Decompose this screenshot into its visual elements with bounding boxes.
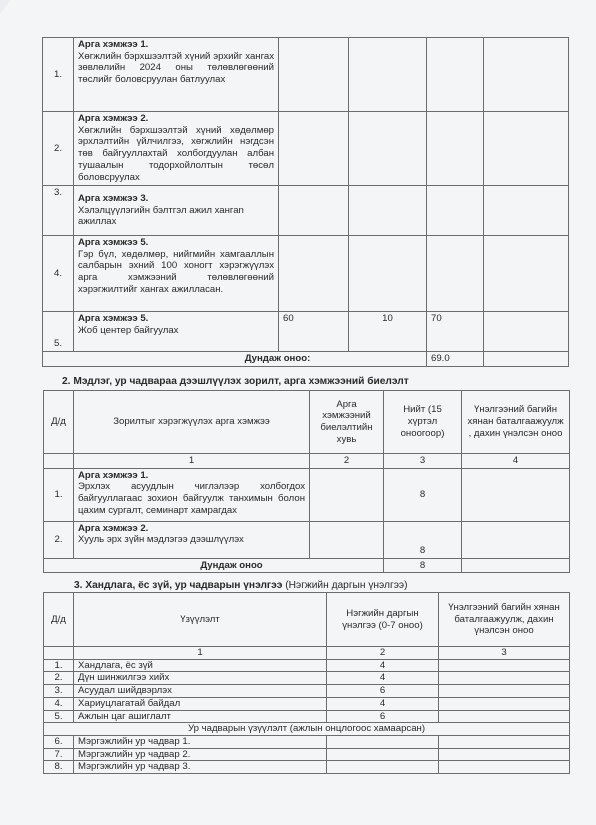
row-number: 2. — [44, 521, 74, 558]
cell — [310, 521, 384, 558]
activity-title: Арга хэмжээ 2. — [78, 113, 148, 124]
cell — [484, 312, 569, 352]
activity-text: Хөгжлийн бэрхшээлтэй хүний хөдөлмөр эрхл… — [78, 125, 274, 183]
activity-title: Арга хэмжээ 1. — [78, 39, 148, 50]
activity-title: Арга хэмжээ 5. — [78, 313, 148, 324]
header-row: Д/д Зорилтыг хэрэгжүүлэх арга хэмжээ Арг… — [44, 391, 570, 454]
cell — [279, 112, 349, 186]
score: 4 — [327, 697, 439, 710]
col-number: 1 — [74, 647, 327, 660]
score: 6 — [327, 710, 439, 723]
cell — [462, 521, 570, 558]
cell — [427, 112, 484, 186]
cell — [427, 236, 484, 312]
header-row: Д/д Үзүүлэлт Нэгжийн даргын үнэлгээ (0-7… — [44, 593, 570, 647]
cell — [310, 468, 384, 521]
average-label: Дундаж оноо — [44, 558, 384, 573]
col-number: 1 — [74, 454, 310, 469]
col-header: Нэгжийн даргын үнэлгээ (0-7 оноо) — [327, 593, 439, 647]
page-corner-fold — [0, 0, 45, 36]
cell — [439, 735, 570, 748]
table-row: 1. Арга хэмжээ 1.Эрхлэх асуудлын чиглэлэ… — [44, 468, 570, 521]
score: 4 — [327, 672, 439, 685]
attitude-table: Д/д Үзүүлэлт Нэгжийн даргын үнэлгээ (0-7… — [43, 592, 570, 774]
section-3-title: 3. Хандлага, ёс зүй, ур чадварын үнэлгээ… — [74, 580, 407, 592]
cell — [349, 38, 427, 112]
table-row: 1.Хандлага, ёс зүй4 — [44, 659, 570, 672]
average-value: 8 — [384, 558, 462, 573]
activity-text: Гэр бүл, хөдөлмөр, нийгмийн хамгааллын с… — [78, 249, 274, 295]
table-row: 8.Мэргэжлийн ур чадвар 3. — [44, 761, 570, 774]
cell — [349, 112, 427, 186]
table-row: 4. Арга хэмжээ 5.Гэр бүл, хөдөлмөр, нийг… — [43, 236, 569, 312]
row-number: 7. — [44, 748, 74, 761]
activity-cell: Арга хэмжээ 5.Гэр бүл, хөдөлмөр, нийгмий… — [74, 236, 279, 312]
col-header: Зорилтыг хэрэгжүүлэх арга хэмжээ — [74, 391, 310, 454]
cell — [44, 454, 74, 469]
criterion-label: Дүн шинжилгээ хийх — [74, 672, 327, 685]
average-value: 69.0 — [427, 352, 484, 367]
cell — [484, 38, 569, 112]
cell — [484, 186, 569, 236]
row-number: 8. — [44, 761, 74, 774]
col-number: 3 — [439, 647, 570, 660]
activity-cell: Арга хэмжээ 1.Хөгжлийн бэрхшээлтэй хүний… — [74, 38, 279, 112]
table-row: 2. Арга хэмжээ 2.Хууль эрх зүйн мэдлэгээ… — [44, 521, 570, 558]
col-number: 3 — [384, 454, 462, 469]
activity-text: Хөгжлийн бэрхшээлтэй хүний эрхийг хангах… — [78, 51, 274, 85]
activity-text: Жоб центер байгуулах — [78, 325, 178, 336]
activity-cell: Арга хэмжээ 5.Жоб центер байгуулах — [74, 312, 279, 352]
col-header: Д/д — [44, 391, 74, 454]
col-header: Д/д — [44, 593, 74, 647]
cell — [439, 761, 570, 774]
average-label: Дундаж оноо: — [43, 352, 427, 367]
criterion-label: Асуудал шийдвэрлэх — [74, 685, 327, 698]
cell — [439, 748, 570, 761]
activity-title: Арга хэмжээ 3. — [78, 193, 148, 204]
score — [327, 735, 439, 748]
table-row: 4.Хариуцлагатай байдал4 — [44, 697, 570, 710]
row-number: 4. — [44, 697, 74, 710]
col-header: Үнэлгээний багийн хянан баталгаажуулж, д… — [439, 593, 570, 647]
cell — [484, 236, 569, 312]
criterion-label: Хандлага, ёс зүй — [74, 659, 327, 672]
table-row: 5.Ажлын цаг ашиглалт6 — [44, 710, 570, 723]
criterion-label: Мэргэжлийн ур чадвар 1. — [74, 735, 327, 748]
score — [327, 761, 439, 774]
cell — [439, 697, 570, 710]
cell — [427, 38, 484, 112]
row-number: 1. — [43, 38, 74, 112]
cell — [279, 236, 349, 312]
cell — [462, 558, 570, 573]
activity-text: Хэлэлцүүлэгийн бэлтгэл ажил хангаn ажилл… — [78, 205, 244, 228]
cell — [439, 672, 570, 685]
cell — [279, 186, 349, 236]
table-row: 5. Арга хэмжээ 5.Жоб центер байгуулах 60… — [43, 312, 569, 352]
row-number: 3. — [43, 186, 74, 236]
knowledge-table: Д/д Зорилтыг хэрэгжүүлэх арга хэмжээ Арг… — [43, 390, 570, 573]
col-header: Арга хэмжээний биелэлтийн хувь — [310, 391, 384, 454]
col-header: Үзүүлэлт — [74, 593, 327, 647]
row-number: 2. — [43, 112, 74, 186]
criterion-label: Мэргэжлийн ур чадвар 2. — [74, 748, 327, 761]
cell-value: 60 — [279, 312, 349, 352]
table-row: 2. Арга хэмжээ 2.Хөгжлийн бэрхшээлтэй хү… — [43, 112, 569, 186]
cell — [439, 659, 570, 672]
col-number: 2 — [310, 454, 384, 469]
cell — [427, 186, 484, 236]
score — [327, 748, 439, 761]
cell — [279, 38, 349, 112]
col-header: Үнэлгээний багийн хянан баталгаажуулж , … — [462, 391, 570, 454]
col-header: Нийт (15 хүртэл оноогоор) — [384, 391, 462, 454]
table-row: 7.Мэргэжлийн ур чадвар 2. — [44, 748, 570, 761]
col-number-row: 1 2 3 — [44, 647, 570, 660]
cell — [439, 685, 570, 698]
activity-text: Хууль эрх зүйн мэдлэгээ дээшлүүлэх — [78, 534, 244, 545]
row-number: 5. — [44, 710, 74, 723]
score: 6 — [327, 685, 439, 698]
row-number: 5. — [43, 312, 74, 352]
criterion-label: Ажлын цаг ашиглалт — [74, 710, 327, 723]
activity-title: Арга хэмжээ 2. — [78, 523, 148, 534]
cell — [44, 647, 74, 660]
subheader: Ур чадварын үзүүлэлт (ажлын онцлогоос ха… — [44, 723, 570, 736]
col-number-row: 1 2 3 4 — [44, 454, 570, 469]
table-row: 3.Асуудал шийдвэрлэх6 — [44, 685, 570, 698]
cell — [484, 352, 569, 367]
activity-cell: Арга хэмжээ 2.Хөгжлийн бэрхшээлтэй хүний… — [74, 112, 279, 186]
table-row: 1. Арга хэмжээ 1.Хөгжлийн бэрхшээлтэй хү… — [43, 38, 569, 112]
table-row: 6.Мэргэжлийн ур чадвар 1. — [44, 735, 570, 748]
total-score: 8 — [384, 521, 462, 558]
col-number: 2 — [327, 647, 439, 660]
criterion-label: Хариуцлагатай байдал — [74, 697, 327, 710]
cell — [462, 468, 570, 521]
row-number: 6. — [44, 735, 74, 748]
activity-cell: Арга хэмжээ 2.Хууль эрх зүйн мэдлэгээ дэ… — [74, 521, 310, 558]
col-number: 4 — [462, 454, 570, 469]
score: 4 — [327, 659, 439, 672]
activity-title: Арга хэмжээ 5. — [78, 237, 148, 248]
cell — [349, 236, 427, 312]
subheader-row: Ур чадварын үзүүлэлт (ажлын онцлогоос ха… — [44, 723, 570, 736]
table-row: 2.Дүн шинжилгээ хийх4 — [44, 672, 570, 685]
cell-value: 70 — [427, 312, 484, 352]
criterion-label: Мэргэжлийн ур чадвар 3. — [74, 761, 327, 774]
total-score: 8 — [384, 468, 462, 521]
cell — [349, 186, 427, 236]
row-number: 3. — [44, 685, 74, 698]
activities-table: 1. Арга хэмжээ 1.Хөгжлийн бэрхшээлтэй хү… — [42, 37, 569, 367]
average-row: Дундаж оноо 8 — [44, 558, 570, 573]
cell — [484, 112, 569, 186]
row-number: 1. — [44, 659, 74, 672]
table-row: 3. Арга хэмжээ 3.Хэлэлцүүлэгийн бэлтгэл … — [43, 186, 569, 236]
row-number: 2. — [44, 672, 74, 685]
cell — [439, 710, 570, 723]
row-number: 1. — [44, 468, 74, 521]
section-2-title: 2. Мэдлэг, ур чадвараа дээшлүүлэх зорилт… — [62, 376, 409, 388]
activity-title: Арга хэмжээ 1. — [78, 470, 148, 481]
activity-cell: Арга хэмжээ 3.Хэлэлцүүлэгийн бэлтгэл ажи… — [74, 186, 279, 236]
activity-text: Эрхлэх асуудлын чиглэлээр холбогдох байг… — [78, 481, 305, 515]
cell-value: 10 — [349, 312, 427, 352]
average-row: Дундаж оноо: 69.0 — [43, 352, 569, 367]
activity-cell: Арга хэмжээ 1.Эрхлэх асуудлын чиглэлээр … — [74, 468, 310, 521]
row-number: 4. — [43, 236, 74, 312]
